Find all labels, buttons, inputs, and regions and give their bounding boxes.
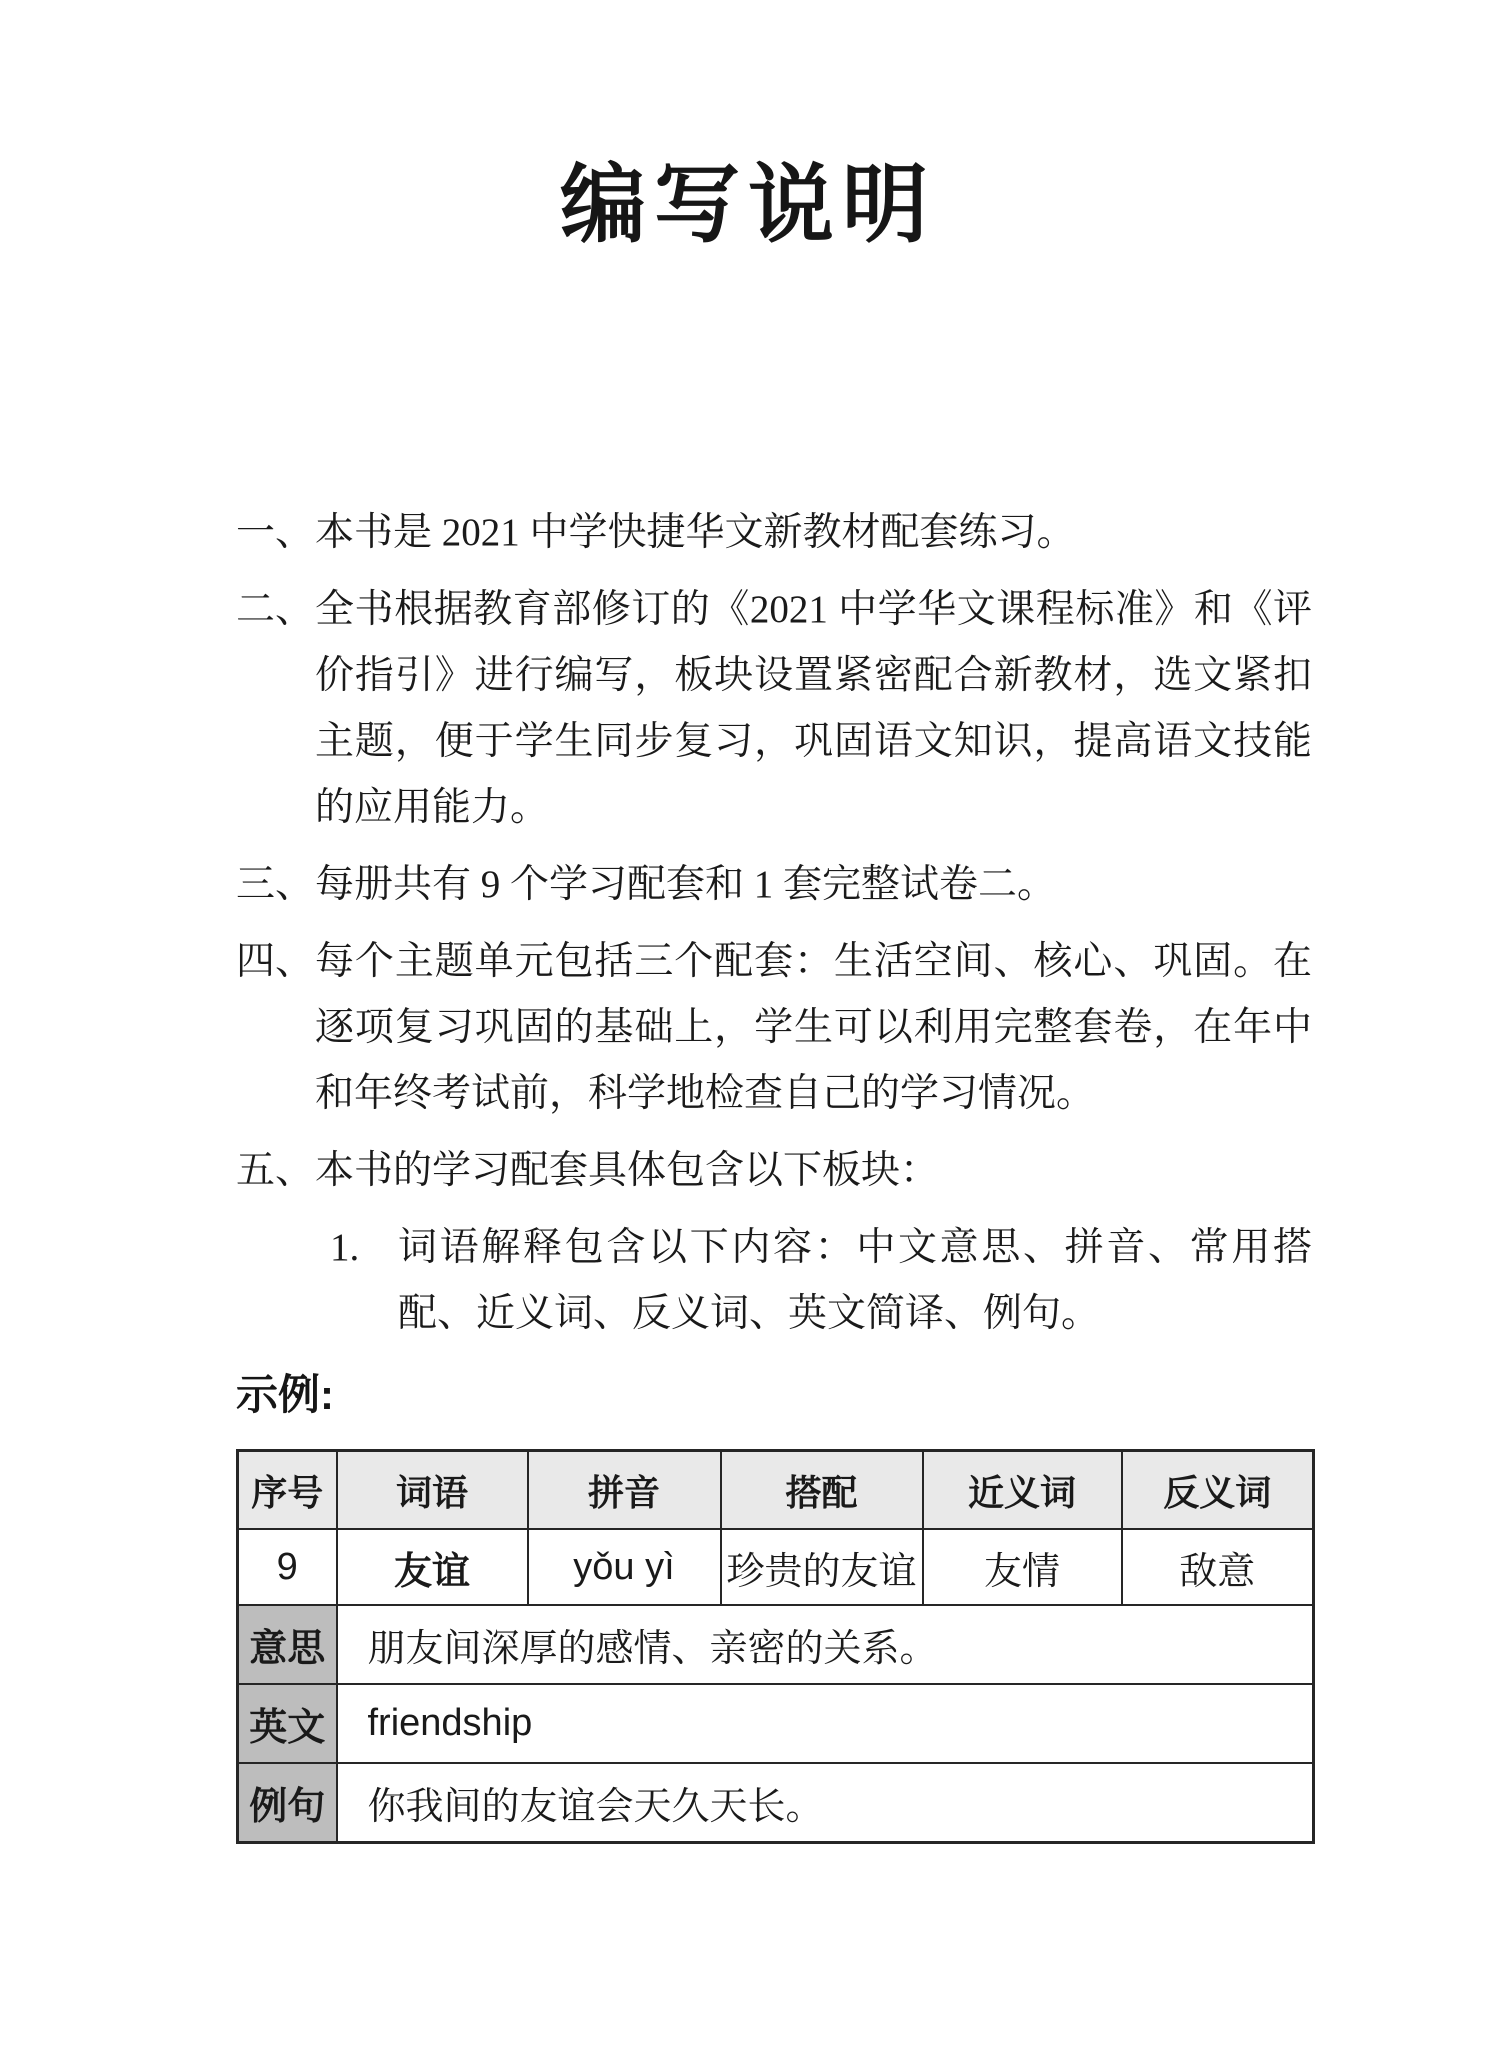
english-row: 英文 friendship: [238, 1684, 1314, 1763]
item-number: 五、: [236, 1138, 315, 1204]
example-sentence-content: 你我间的友谊会天久天长。: [337, 1763, 1314, 1843]
list-item-2: 二、 全书根据教育部修订的《2021 中学华文课程标准》和《评价指引》进行编写，…: [236, 577, 1312, 841]
cell-word: 友谊: [337, 1529, 528, 1605]
page-title: 编写说明: [0, 150, 1496, 260]
header-cell-collocation: 搭配: [721, 1451, 923, 1530]
example-sentence-row: 例句 你我间的友谊会天久天长。: [238, 1763, 1314, 1843]
subitem-number: 1.: [330, 1215, 398, 1347]
example-sentence-label: 例句: [238, 1763, 337, 1843]
item-text: 全书根据教育部修订的《2021 中学华文课程标准》和《评价指引》进行编写，板块设…: [315, 577, 1312, 841]
english-content: friendship: [337, 1684, 1314, 1763]
meaning-label: 意思: [238, 1605, 337, 1684]
list-item-4: 四、 每个主题单元包括三个配套：生活空间、核心、巩固。在逐项复习巩固的基础上，学…: [236, 929, 1312, 1127]
cell-antonym: 敌意: [1122, 1529, 1314, 1605]
cell-collocation: 珍贵的友谊: [721, 1529, 923, 1605]
header-cell-word: 词语: [337, 1451, 528, 1530]
cell-serial-number: 9: [238, 1529, 337, 1605]
header-cell-synonym: 近义词: [923, 1451, 1122, 1530]
cell-synonym: 友情: [923, 1529, 1122, 1605]
meaning-content: 朋友间深厚的感情、亲密的关系。: [337, 1605, 1314, 1684]
item-number: 二、: [236, 577, 315, 841]
item-text: 每个主题单元包括三个配套：生活空间、核心、巩固。在逐项复习巩固的基础上，学生可以…: [315, 929, 1312, 1127]
header-cell-antonym: 反义词: [1122, 1451, 1314, 1530]
cell-pinyin: yǒu yì: [528, 1529, 721, 1605]
example-label: 示例:: [236, 1371, 1312, 1419]
list-item-1: 一、 本书是 2021 中学快捷华文新教材配套练习。: [236, 500, 1312, 566]
item-number: 一、: [236, 500, 315, 566]
table-header-row: 序号 词语 拼音 搭配 近义词 反义词: [238, 1451, 1314, 1530]
item-number: 四、: [236, 929, 315, 1127]
list-item-3: 三、 每册共有 9 个学习配套和 1 套完整试卷二。: [236, 852, 1312, 918]
item-text: 本书是 2021 中学快捷华文新教材配套练习。: [315, 500, 1312, 566]
item-text: 本书的学习配套具体包含以下板块：: [315, 1138, 1312, 1204]
book-page: 编写说明 一、 本书是 2021 中学快捷华文新教材配套练习。 二、 全书根据教…: [0, 0, 1496, 2048]
english-label: 英文: [238, 1684, 337, 1763]
header-cell-number: 序号: [238, 1451, 337, 1530]
word-row: 9 友谊 yǒu yì 珍贵的友谊 友情 敌意: [238, 1529, 1314, 1605]
sub-list-item-1: 1. 词语解释包含以下内容：中文意思、拼音、常用搭配、近义词、反义词、英文简译、…: [330, 1215, 1312, 1347]
page-content: 一、 本书是 2021 中学快捷华文新教材配套练习。 二、 全书根据教育部修订的…: [236, 500, 1312, 1844]
item-number: 三、: [236, 852, 315, 918]
meaning-row: 意思 朋友间深厚的感情、亲密的关系。: [238, 1605, 1314, 1684]
vocabulary-example-table: 序号 词语 拼音 搭配 近义词 反义词 9 友谊 yǒu yì 珍贵的友谊 友情…: [236, 1449, 1315, 1844]
header-cell-pinyin: 拼音: [528, 1451, 721, 1530]
numbered-items: 一、 本书是 2021 中学快捷华文新教材配套练习。 二、 全书根据教育部修订的…: [236, 500, 1312, 1347]
item-text: 每册共有 9 个学习配套和 1 套完整试卷二。: [315, 852, 1312, 918]
list-item-5: 五、 本书的学习配套具体包含以下板块：: [236, 1138, 1312, 1204]
subitem-text: 词语解释包含以下内容：中文意思、拼音、常用搭配、近义词、反义词、英文简译、例句。: [398, 1215, 1312, 1347]
